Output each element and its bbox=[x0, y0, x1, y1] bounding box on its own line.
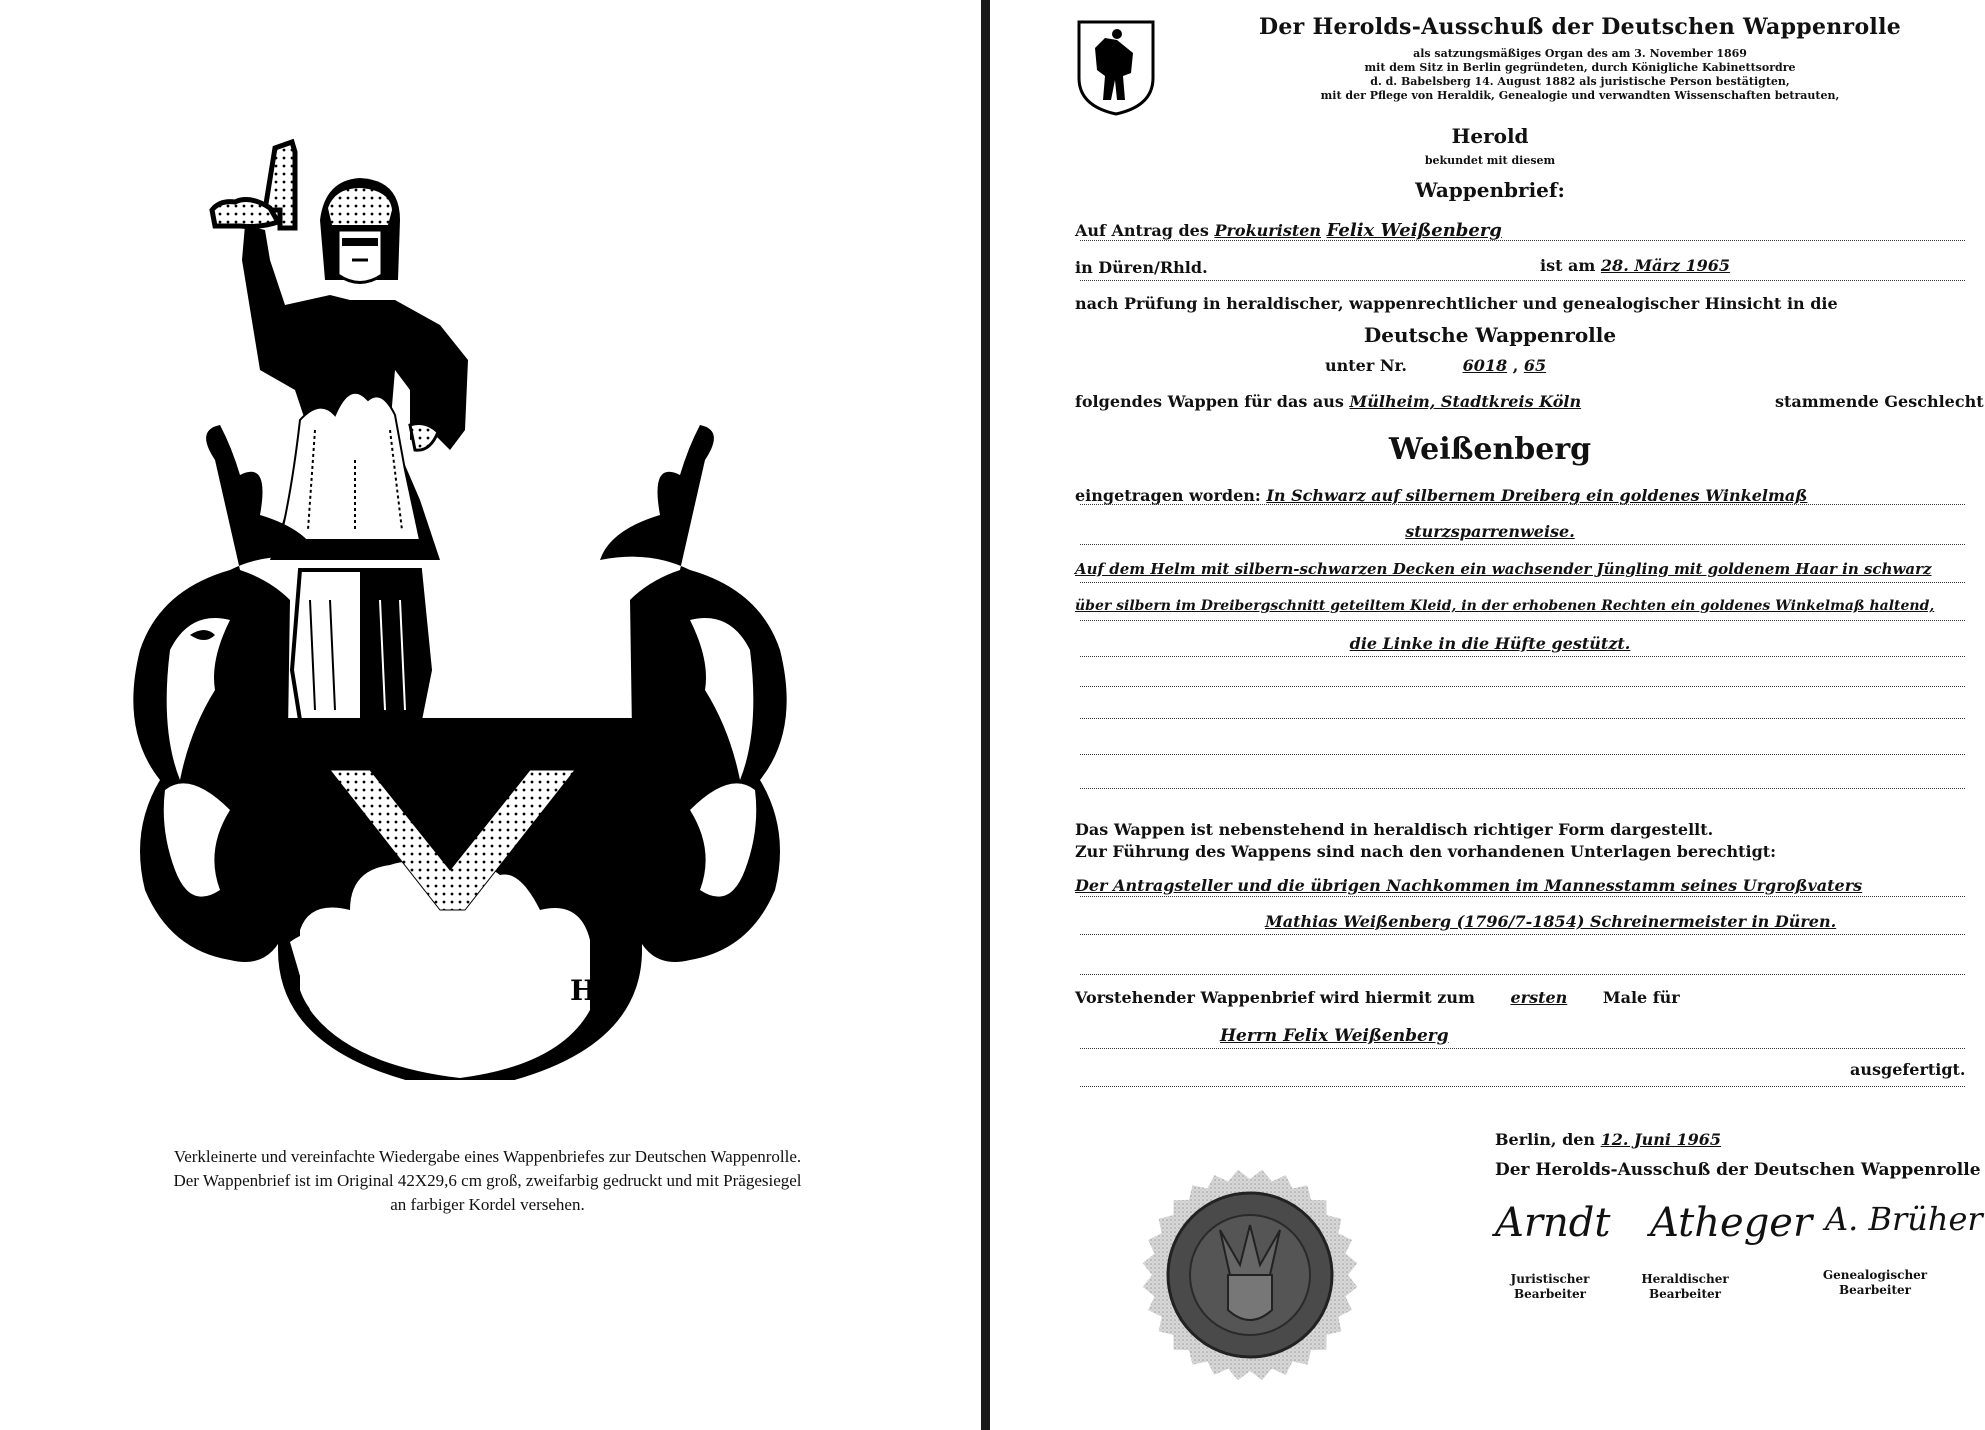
form-line bbox=[1080, 728, 1965, 755]
header-line: d. d. Babelsberg 14. August 1882 als jur… bbox=[1190, 75, 1970, 89]
statement: Das Wappen ist nebenstehend in heraldisc… bbox=[1075, 820, 1713, 839]
label-text: eingetragen worden: bbox=[1075, 486, 1261, 505]
issuance-ordinal: ersten bbox=[1510, 988, 1567, 1007]
blazon-text: über silbern im Dreibergschnitt geteilte… bbox=[1075, 598, 1934, 614]
bekundet-text: bekundet mit diesem bbox=[995, 154, 1985, 167]
label-text: Vorstehender Wappenbrief wird hiermit zu… bbox=[1075, 988, 1475, 1007]
application-date: 28. März 1965 bbox=[1601, 256, 1730, 275]
place-date-line: Berlin, den 12. Juni 1965 bbox=[1495, 1130, 1721, 1149]
origin-suffix: stammende Geschlecht bbox=[1775, 392, 1984, 411]
label-text: Auf Antrag des bbox=[1075, 221, 1209, 240]
header-line: mit der Pflege von Heraldik, Genealogie … bbox=[1190, 89, 1970, 103]
signature-juristic: Arndt bbox=[1495, 1200, 1610, 1246]
form-line bbox=[1080, 254, 1965, 281]
issuance-suffix: ausgefertigt. bbox=[1850, 1060, 1965, 1079]
blazon-line: eingetragen worden: In Schwarz auf silbe… bbox=[1075, 486, 1807, 505]
herold-heading: Herold bbox=[995, 124, 1985, 148]
form-line bbox=[1080, 692, 1965, 719]
label-text: ist am bbox=[1540, 256, 1595, 275]
entitled-text: Mathias Weißenberg (1796/7-1854) Schrein… bbox=[1265, 912, 1836, 931]
square-tool-icon bbox=[212, 142, 295, 228]
entitled-text: Der Antragsteller und die übrigen Nachko… bbox=[1075, 876, 1862, 895]
review-text: nach Prüfung in heraldischer, wappenrech… bbox=[1075, 294, 1838, 313]
signature-label: Genealogischer Bearbeiter bbox=[1815, 1268, 1935, 1298]
label-text: Male für bbox=[1603, 988, 1680, 1007]
register-number-line: unter Nr. 6018 , 65 bbox=[1325, 356, 1546, 375]
helmet-icon bbox=[292, 570, 430, 743]
statement: Zur Führung des Wappens sind nach den vo… bbox=[1075, 842, 1776, 861]
form-line bbox=[1080, 660, 1965, 687]
youth-figure bbox=[242, 178, 468, 560]
herald-shield-icon bbox=[1075, 18, 1157, 116]
register-year: 65 bbox=[1524, 356, 1546, 375]
caption-line: Verkleinerte und vereinfachte Wiedergabe… bbox=[0, 1145, 975, 1169]
page-divider bbox=[981, 0, 990, 1430]
family-name: Weißenberg bbox=[995, 432, 1985, 467]
header-title: Der Herolds-Ausschuß der Deutschen Wappe… bbox=[1190, 14, 1970, 40]
artist-monogram: H bbox=[570, 974, 596, 1007]
header-line: als satzungsmäßiges Organ des am 3. Nove… bbox=[1190, 47, 1970, 61]
blazon-text: sturzsparrenweise. bbox=[995, 522, 1985, 541]
recipient-line: Herrn Felix Weißenberg bbox=[1220, 1026, 1449, 1046]
caption-line: an farbiger Kordel versehen. bbox=[0, 1193, 975, 1217]
shield bbox=[280, 720, 640, 1080]
signature-genealogic: A. Brüher bbox=[1825, 1200, 1983, 1238]
blazon-text: In Schwarz auf silbernem Dreiberg ein go… bbox=[1266, 486, 1807, 505]
blazon-text: die Linke in die Hüfte gestützt. bbox=[995, 634, 1985, 653]
origin-line: folgendes Wappen für das aus Mülheim, St… bbox=[1075, 392, 1581, 411]
embossed-seal-icon bbox=[1130, 1160, 1370, 1390]
coat-of-arms-illustration: H bbox=[120, 130, 800, 1080]
left-page: H Verkleinerte und vereinfachte Wiederga… bbox=[0, 0, 975, 1430]
application-date-line: ist am 28. März 1965 bbox=[1540, 256, 1730, 275]
label-text: unter Nr. bbox=[1325, 356, 1407, 375]
caption: Verkleinerte und vereinfachte Wiedergabe… bbox=[0, 1145, 975, 1217]
signature-label: Juristischer Bearbeiter bbox=[1490, 1272, 1610, 1302]
issuer: Der Herolds-Ausschuß der Deutschen Wappe… bbox=[1495, 1160, 1981, 1180]
issuance-line: Vorstehender Wappenbrief wird hiermit zu… bbox=[1075, 988, 1680, 1007]
form-line bbox=[1080, 948, 1965, 975]
blazon-text: Auf dem Helm mit silbern-schwarzen Decke… bbox=[1075, 560, 1932, 578]
label-text: Berlin, den bbox=[1495, 1130, 1595, 1149]
form-line bbox=[1080, 762, 1965, 789]
form-line bbox=[1080, 1022, 1965, 1049]
signature-heraldic: Atheger bbox=[1650, 1200, 1812, 1246]
register-number: 6018 bbox=[1463, 356, 1508, 375]
register-name: Deutsche Wappenrolle bbox=[995, 323, 1985, 347]
document-title: Wappenbrief: bbox=[995, 178, 1985, 202]
signature-label: Heraldischer Bearbeiter bbox=[1625, 1272, 1745, 1302]
header-line: mit dem Sitz in Berlin gegründeten, durc… bbox=[1190, 61, 1970, 75]
place-value: in Düren/Rhld. bbox=[1075, 258, 1208, 277]
caption-line: Der Wappenbrief ist im Original 42X29,6 … bbox=[0, 1169, 975, 1193]
label-text: folgendes Wappen für das aus bbox=[1075, 392, 1344, 411]
issue-date: 12. Juni 1965 bbox=[1601, 1130, 1721, 1149]
application-line: Auf Antrag des Prokuristen Felix Weißenb… bbox=[1075, 220, 1502, 241]
applicant-name: Felix Weißenberg bbox=[1327, 220, 1502, 241]
form-line bbox=[1080, 1060, 1965, 1087]
occupation-value: Prokuristen bbox=[1214, 221, 1321, 240]
origin-place: Mülheim, Stadtkreis Köln bbox=[1350, 392, 1582, 411]
